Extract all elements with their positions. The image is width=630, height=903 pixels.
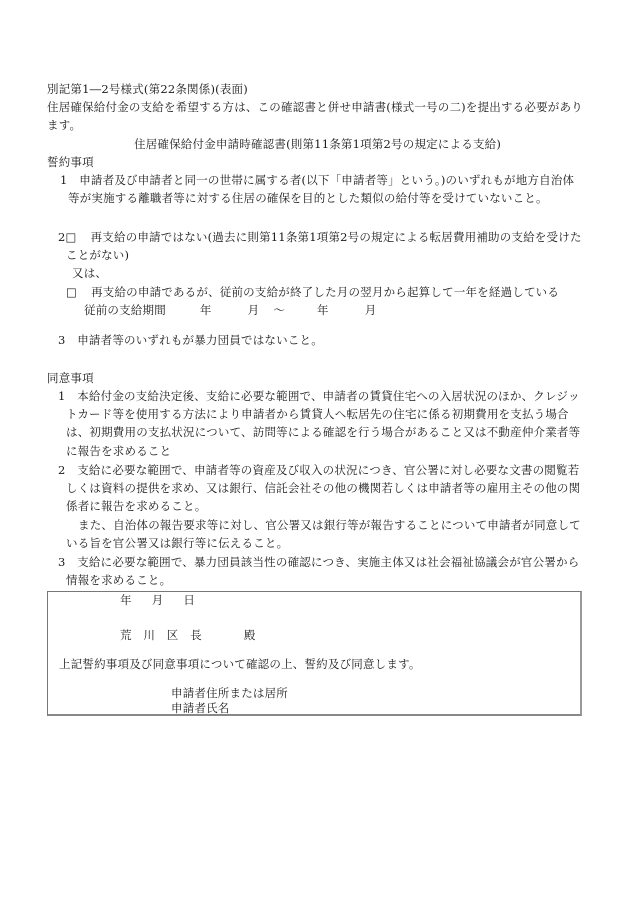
consent-item-2-line: しくは資料の提供を求め、又は銀行、信託会社その他の機関若しくは申請者等の雇用主そ…: [66, 480, 580, 496]
previous-period-label: 従前の支給期間: [84, 303, 166, 317]
applicant-name-field[interactable]: 申請者氏名: [171, 700, 230, 716]
oath-item-1: 1 申請者及び申請者と同一の世帯に属する者(以下「申請者等」という。)のいずれも…: [60, 172, 574, 188]
oath-item-3: 3 申請者等のいずれもが暴力団員ではないこと。: [58, 332, 323, 348]
oath-item-1-continued: 等が実施する離職者等に対する住居の確保を目的とした類似の給付等を受けていないこと…: [68, 190, 548, 206]
notice-text-continued: ます。: [47, 117, 81, 133]
form-id: 別記第1―2号様式(第22条関係)(表面): [47, 81, 248, 97]
consent-item-2-line: 2 支給に必要な範囲で、申請者等の資産及び収入の状況につき、官公署に対し必要な文…: [58, 462, 579, 478]
honorific: 殿: [244, 628, 256, 642]
date-year-label: 年: [120, 593, 132, 607]
period-year-1: 年: [200, 303, 212, 317]
addressee-row: 荒 川 区 長殿: [120, 627, 256, 643]
notice-text: 住居確保給付金の支給を希望する方は、この確認書と併せ申請書(様式一号の二)を提出…: [47, 99, 583, 115]
period-tilde: ～: [273, 303, 285, 317]
period-month-1: 月: [248, 303, 260, 317]
addressee: 荒 川 区 長: [120, 628, 202, 642]
consent-item-2-line: いる旨を官公署又は銀行等に伝えること。: [66, 535, 288, 551]
consent-item-1-line: トカード等を使用する方法により申請者から賃貸人へ転居先の住宅に係る初期費用を支払…: [66, 406, 569, 422]
period-year-2: 年: [317, 303, 329, 317]
oath-item-2b: □再支給の申請であるが、従前の支給が終了した月の翌月から起算して一年を経過してい…: [66, 284, 559, 300]
date-month-label: 月: [152, 593, 164, 607]
oath-item-2-number: 2: [58, 230, 66, 244]
oath-item-2-continued: ことがない): [66, 247, 129, 263]
previous-period-row: 従前の支給期間年月～年月: [84, 302, 376, 318]
consent-item-2-line: 係者に報告を求めること。: [66, 498, 206, 514]
date-day-label: 日: [183, 593, 195, 607]
consent-item-3-line: 3 支給に必要な範囲で、暴力団員該当性の確認につき、実施主体又は社会福祉協議会が…: [58, 554, 579, 570]
checkbox-resupply[interactable]: □: [66, 285, 77, 299]
checkbox-not-resupply[interactable]: □: [66, 230, 77, 244]
consent-item-1-line: に報告を求めること: [66, 443, 171, 459]
consent-item-2-line: また、自治体の報告要求等に対し、官公署又は銀行等が報告することについて申請者が同…: [78, 517, 581, 533]
consent-heading: 同意事項: [47, 370, 94, 386]
period-month-2: 月: [365, 303, 377, 317]
consent-item-1-line: は、初期費用の支払状況について、訪問等による確認を行う場合があること又は不動産仲…: [66, 424, 580, 440]
consent-statement: 上記誓約事項及び同意事項について確認の上、誓約及び同意します。: [59, 656, 421, 672]
oath-heading: 誓約事項: [47, 154, 94, 170]
consent-item-3-line: 情報を求めること。: [66, 572, 171, 588]
or-label: 又は、: [72, 265, 107, 281]
document-title: 住居確保給付金申請時確認書(則第11条第1項第2号の規定による支給): [134, 136, 501, 152]
oath-item-2-text: 再支給の申請ではない(過去に則第11条第1項第2号の規定による転居費用補助の支給…: [91, 230, 582, 244]
applicant-address-field[interactable]: 申請者住所または居所: [171, 685, 288, 701]
signature-date[interactable]: 年月日: [120, 592, 195, 608]
signature-box: [47, 591, 582, 716]
oath-item-2: 2□再支給の申請ではない(過去に則第11条第1項第2号の規定による転居費用補助の…: [58, 229, 582, 245]
oath-item-2b-text: 再支給の申請であるが、従前の支給が終了した月の翌月から起算して一年を経過している: [91, 285, 559, 299]
consent-item-1-line: 1 本給付金の支給決定後、支給に必要な範囲で、申請者の賃貸住宅への入居状況のほか…: [58, 388, 580, 404]
